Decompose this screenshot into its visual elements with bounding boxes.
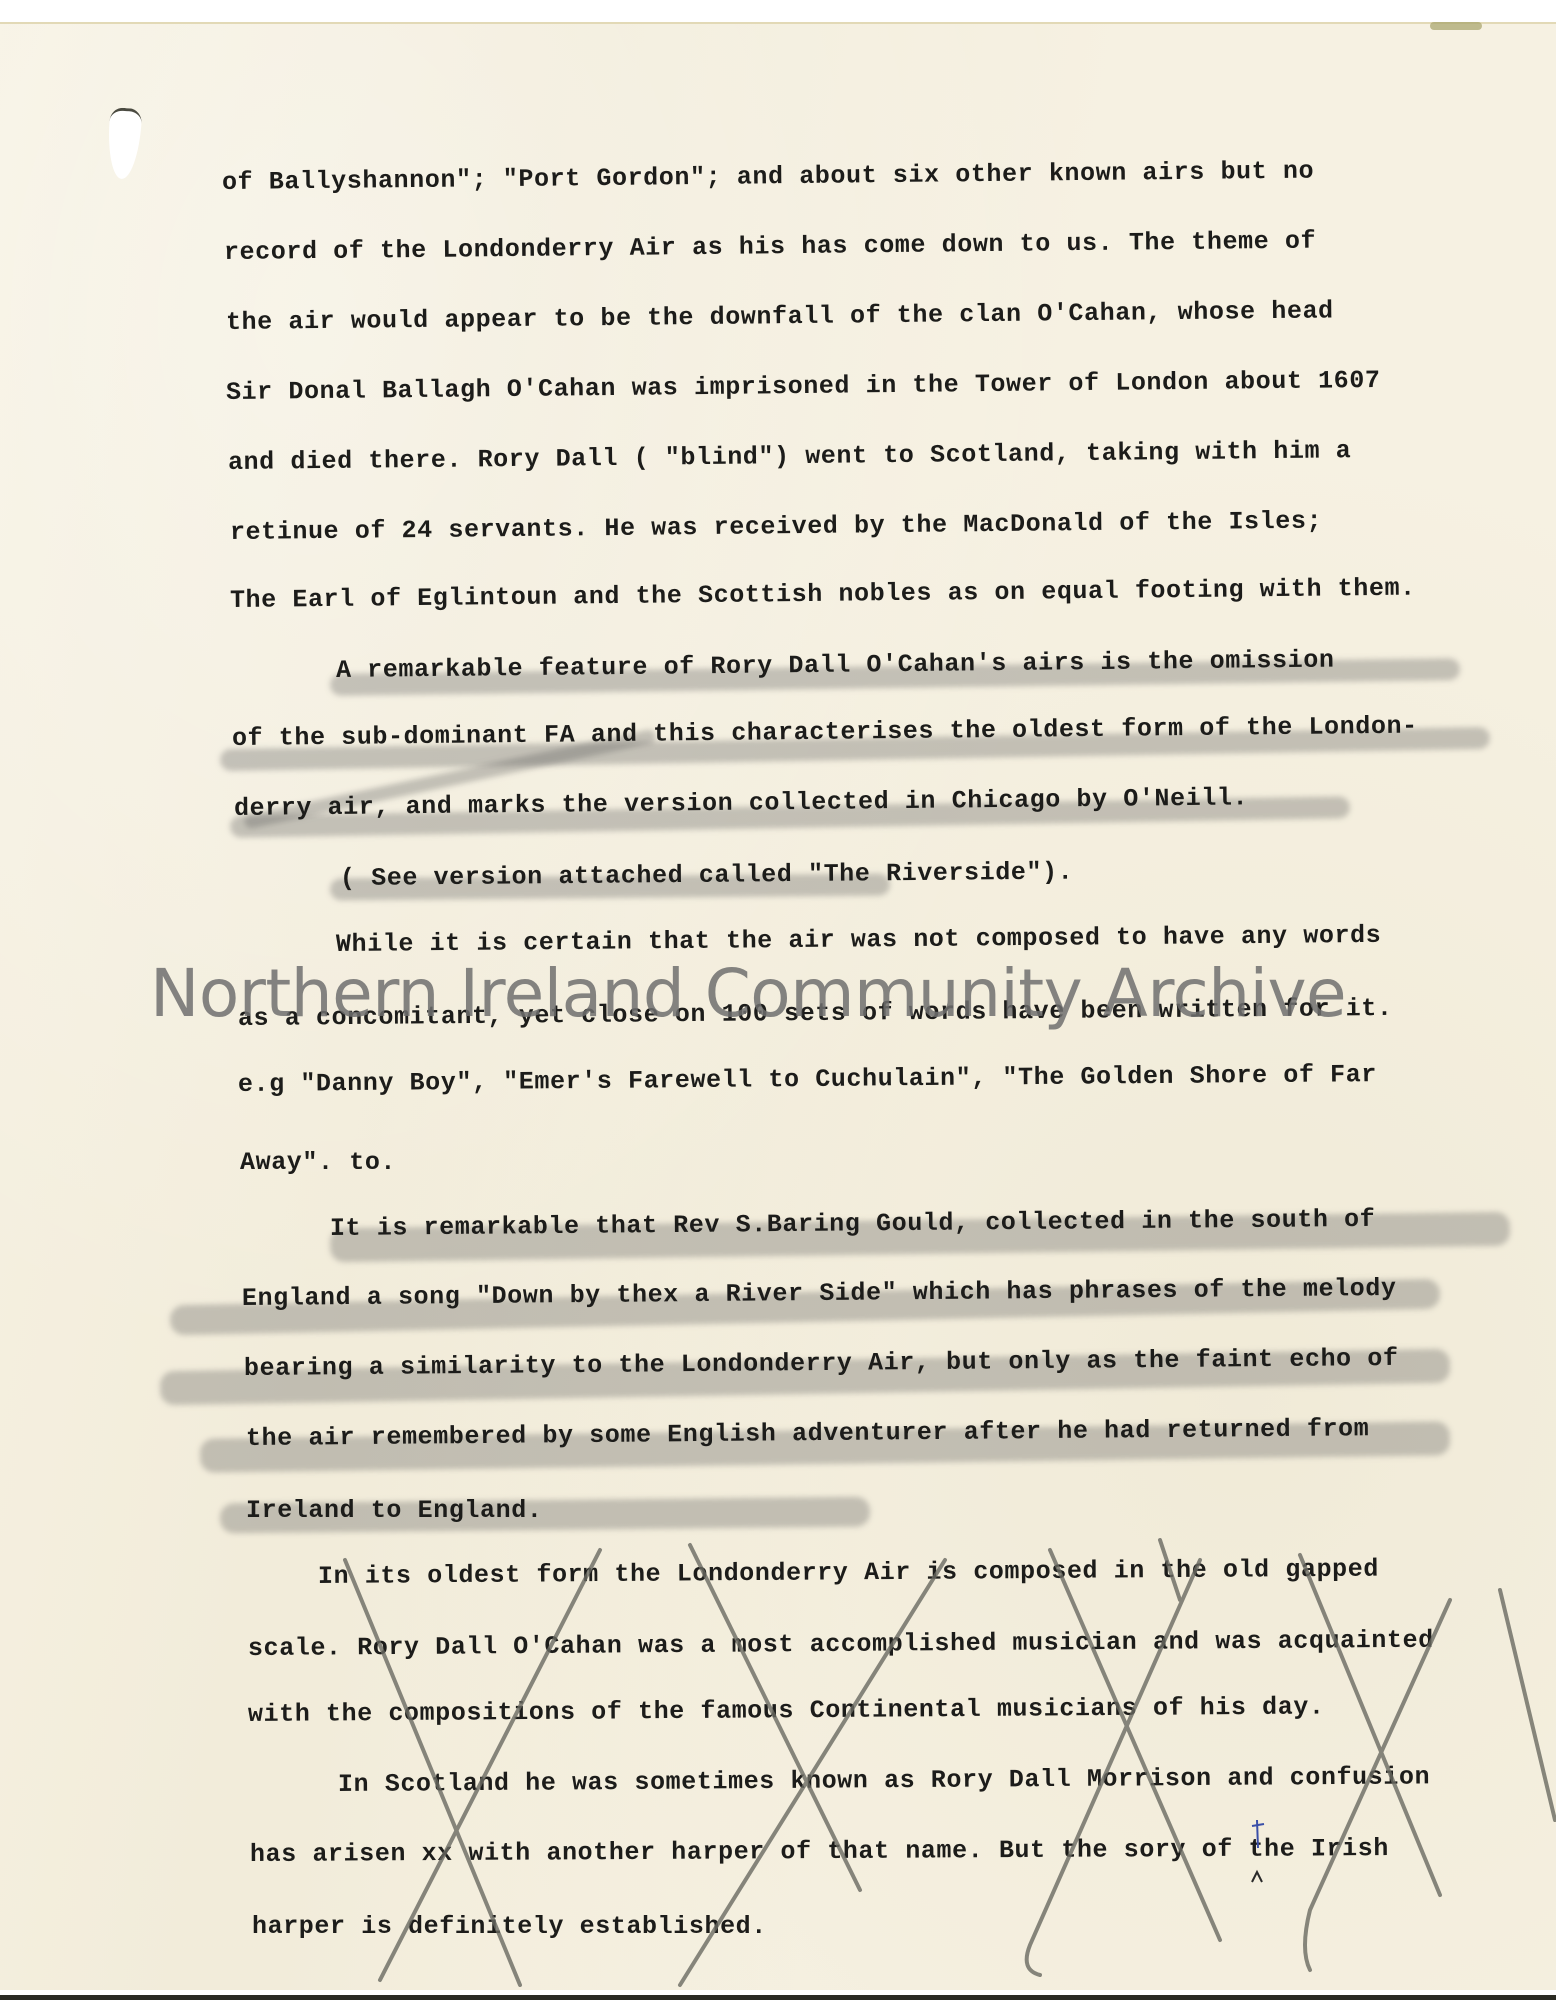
paper-edge-stain	[1430, 22, 1482, 30]
text-line: has arisen xx with another harper of tha…	[250, 1834, 1389, 1870]
text-line: ( See version attached called "The River…	[340, 858, 1074, 894]
text-line: Ireland to England.	[246, 1496, 542, 1526]
text-line: harper is definitely established.	[252, 1912, 767, 1942]
scan-bottom-edge	[0, 1995, 1556, 2000]
text-line: Away". to.	[240, 1148, 396, 1178]
